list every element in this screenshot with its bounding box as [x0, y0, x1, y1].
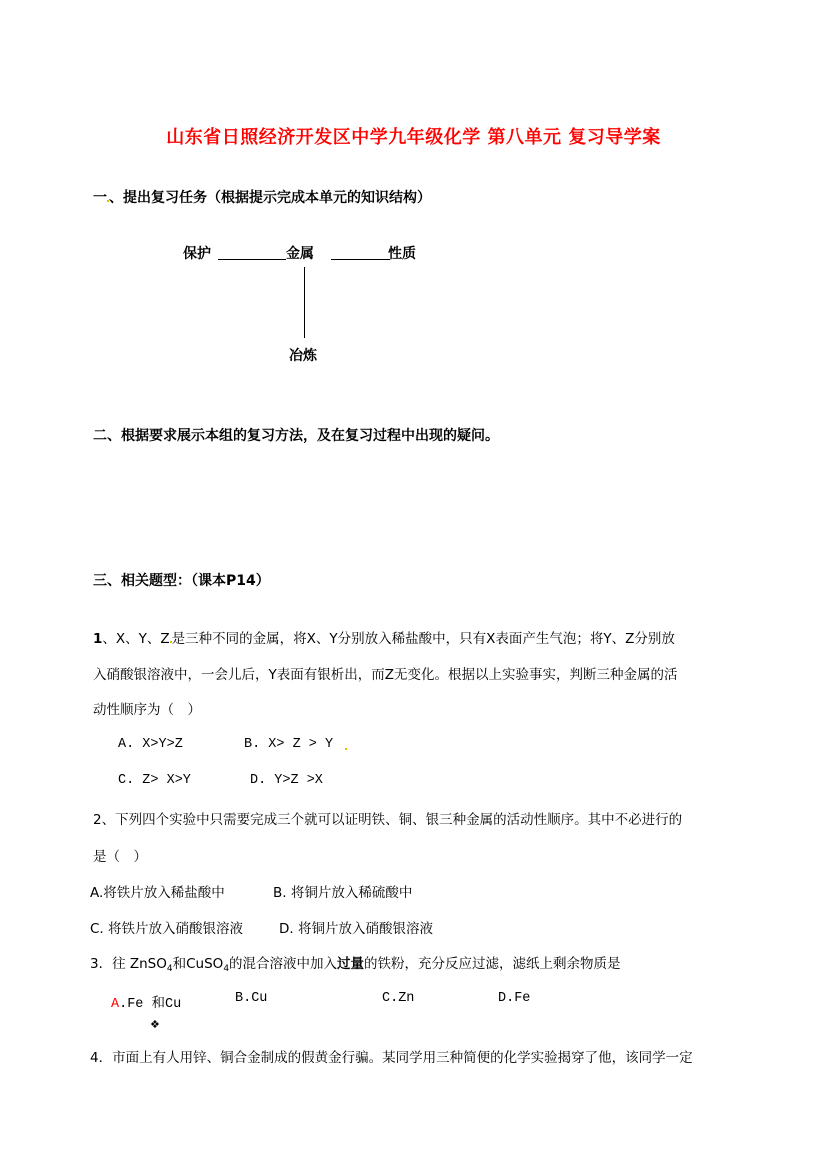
question-2-line-2: 是（ ）	[93, 845, 147, 865]
question-1-option-b: B. X> Z > Y	[244, 737, 333, 752]
question-1-option-d: D. Y>Z >X	[250, 773, 323, 788]
question-1-option-c: C. Z> X>Y	[118, 773, 191, 788]
diagram-line-left	[218, 259, 286, 260]
question-1-line-2: 入硝酸银溶液中，一会儿后，Y表面有银析出，而Z无变化。根据以上实验事实，判断三种…	[93, 663, 678, 683]
question-3-option-d: D.Fe	[498, 991, 530, 1006]
question-3-text: 的铁粉，充分反应过滤，滤纸上剩余物质是	[364, 956, 621, 972]
diagram-node-protect: 保护	[183, 243, 211, 263]
question-3-option-c: C.Zn	[382, 991, 414, 1006]
question-2-option-c: C. 将铁片放入硝酸银溶液	[90, 917, 243, 937]
section-1-text: 、提出复习任务（根据提示完成本单元的知识结构）	[109, 190, 431, 206]
diagram-line-down	[304, 267, 305, 338]
question-3-option-b: B.Cu	[235, 991, 267, 1006]
question-3-stem: 3．往 ZnSO4和CuSO4的混合溶液中加入过量的铁粉，充分反应过滤，滤纸上剩…	[90, 952, 621, 974]
question-2-option-b: B. 将铜片放入稀硫酸中	[273, 881, 412, 901]
question-3-text: 和CuSO	[173, 956, 224, 972]
section-1-number: 一	[93, 190, 107, 206]
question-1-line-1: 1、X、Y、Z是三种不同的金属，将X、Y分别放入稀盐酸中，只有X表面产生气泡；将…	[93, 627, 675, 647]
question-3-prefix: 3．往 ZnSO	[90, 956, 167, 972]
question-2-option-d: D. 将铜片放入硝酸银溶液	[279, 917, 433, 937]
marker-dot	[345, 748, 347, 750]
question-3-option-a-text: .Fe 和Cu	[119, 997, 181, 1012]
question-1-variables: 、X、Y、Z	[102, 631, 169, 647]
question-2-option-a: A.将铁片放入稀盐酸中	[90, 881, 225, 901]
emphasis-excess: 过量	[337, 956, 364, 972]
diagram-node-metal: 金属	[286, 243, 314, 263]
section-3-heading: 三、相关题型：（课本P14）	[93, 570, 270, 590]
diamond-marker-icon: ❖	[150, 1018, 160, 1031]
section-2-heading: 二、根据要求展示本组的复习方法，及在复习过程中出现的疑问。	[93, 425, 499, 445]
question-3-option-a: A.Fe 和Cu	[111, 991, 181, 1012]
answer-letter: A	[111, 997, 119, 1012]
question-1-line-3: 动性顺序为（ ）	[93, 698, 201, 718]
question-1-text: 是三种不同的金属，将X、Y分别放入稀盐酸中，只有X表面产生气泡；将Y、Z分别放	[172, 631, 675, 647]
diagram-node-property: 性质	[388, 243, 416, 263]
section-1-heading: 一、提出复习任务（根据提示完成本单元的知识结构）	[93, 187, 431, 207]
question-1-option-a: A. X>Y>Z	[118, 737, 183, 752]
question-3-text: 的混合溶液中加入	[229, 956, 337, 972]
question-1-number: 1	[93, 631, 102, 647]
question-4-line-1: 4．市面上有人用锌、铜合金制成的假黄金行骗。某同学用三种简便的化学实验揭穿了他，…	[90, 1046, 693, 1066]
question-2-line-1: 2、下列四个实验中只需要完成三个就可以证明铁、铜、银三种金属的活动性顺序。其中不…	[93, 808, 682, 828]
document-title: 山东省日照经济开发区中学九年级化学 第八单元 复习导学案	[0, 123, 827, 149]
diagram-node-smelting: 冶炼	[289, 345, 317, 365]
diagram-line-right	[331, 259, 390, 260]
